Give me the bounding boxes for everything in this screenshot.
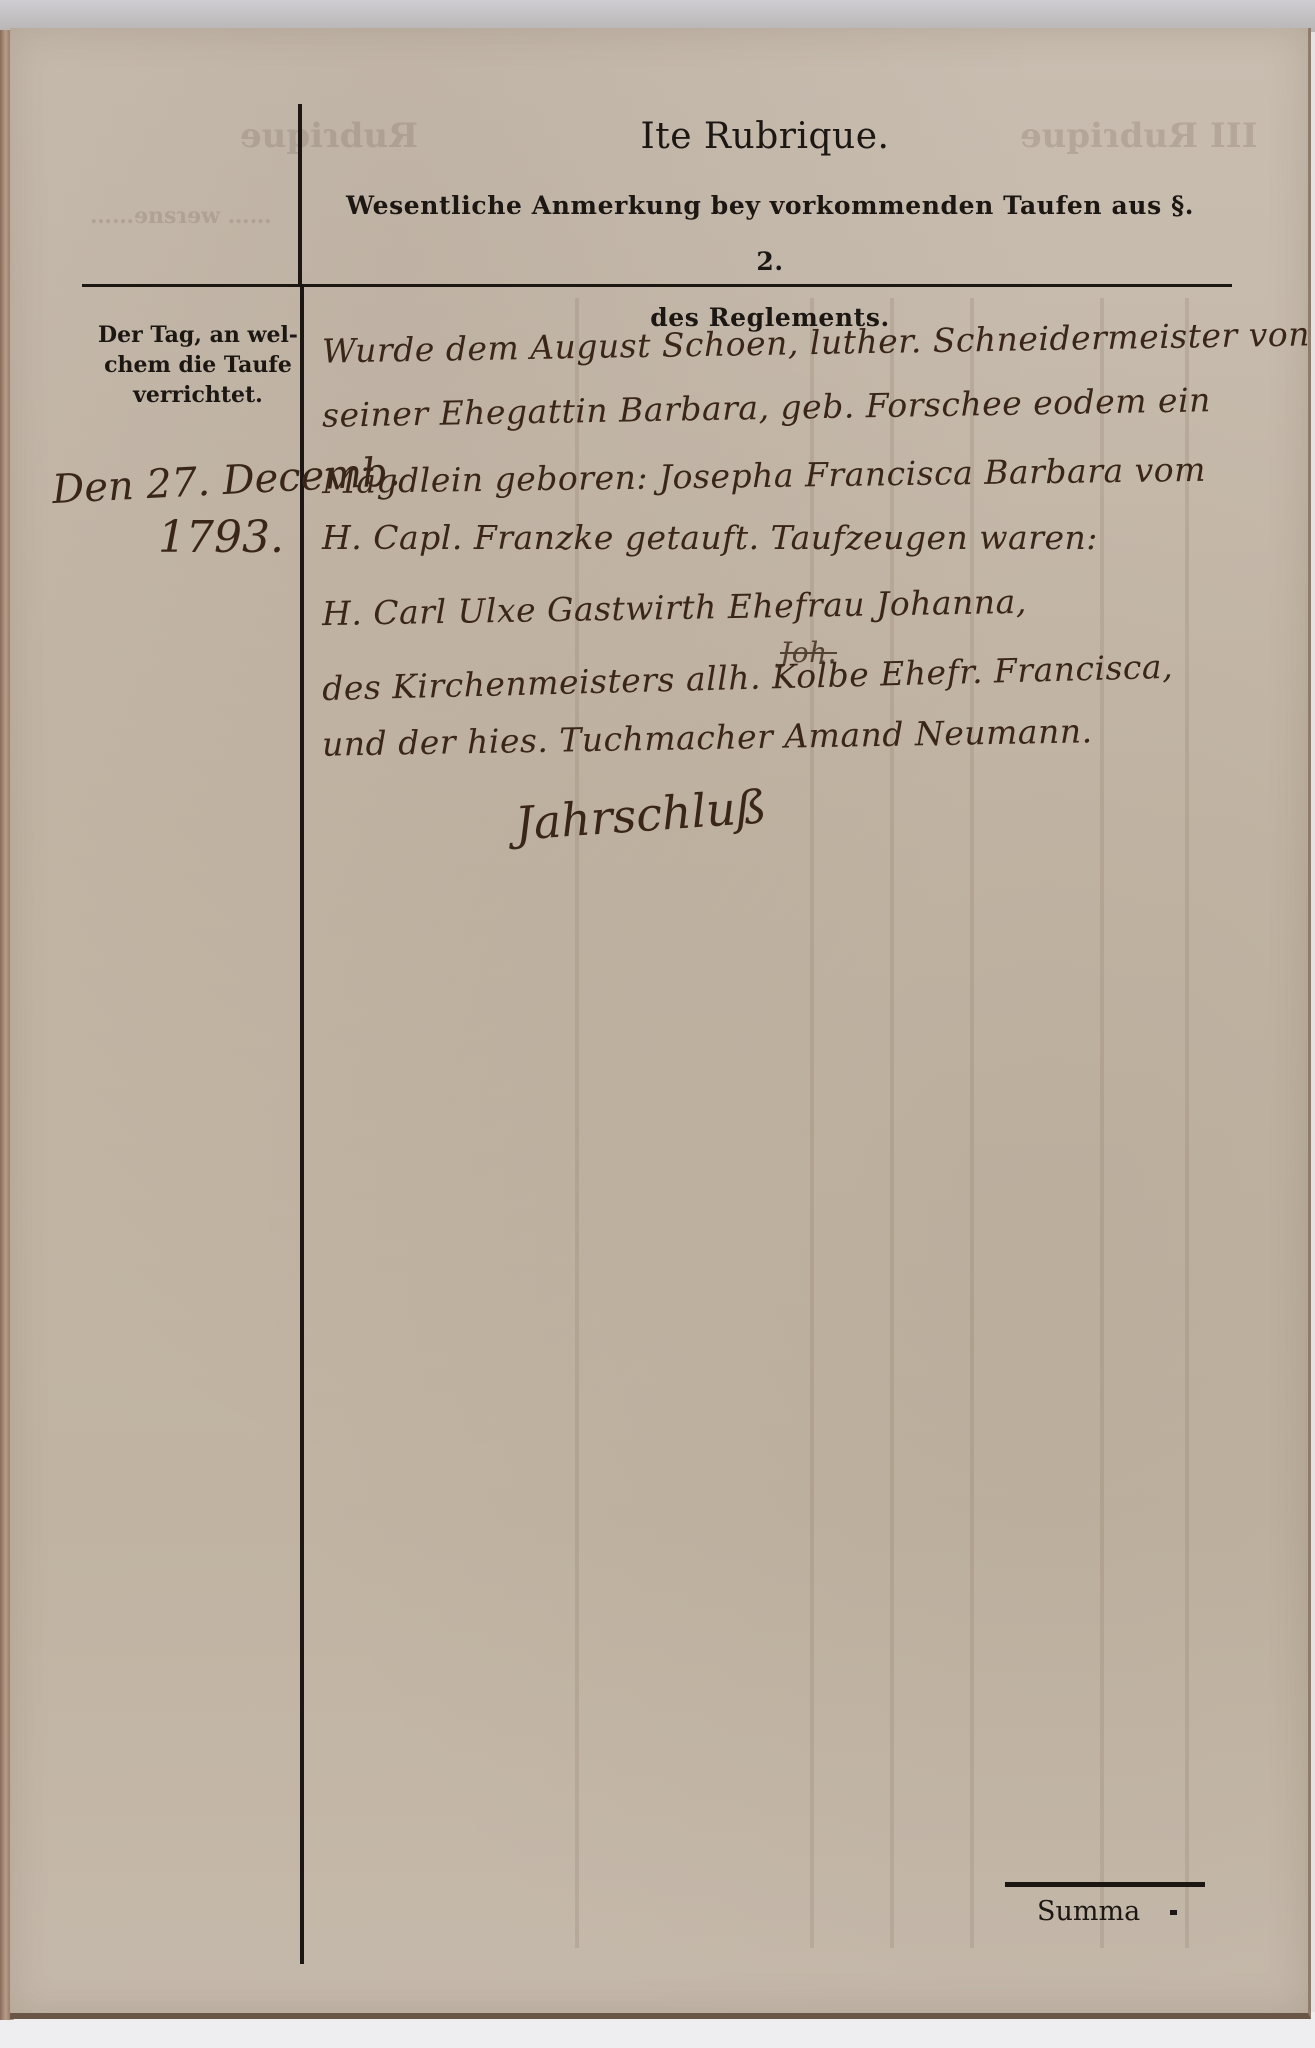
faint-column-rule xyxy=(1185,298,1189,1948)
bleed-through-text: ……ɘnsɿɘw …… xyxy=(90,203,272,229)
rubric-title: Ite Rubrique. xyxy=(640,116,890,157)
summa-value-mark xyxy=(1170,1910,1177,1915)
entry-line: Mägdlein geboren: Josepha Francisca Barb… xyxy=(322,450,1206,501)
summa-rule xyxy=(1005,1882,1205,1887)
heading-line: chem die Taufe xyxy=(88,350,308,380)
bleed-through-text: ɘupiɿduЯ xyxy=(240,116,418,156)
register-page: ɘupiɿduЯ ɘupiɿduЯ III ……ɘnsɿɘw …… Ite Ru… xyxy=(10,28,1311,2019)
entry-line: seiner Ehegattin Barbara, geb. Forschee … xyxy=(322,380,1211,435)
bleed-through-text: ɘupiɿduЯ III xyxy=(1020,116,1258,156)
entry-line: H. Capl. Franzke getauft. Taufzeugen war… xyxy=(322,518,1098,557)
summa-label: Summa xyxy=(1037,1896,1140,1927)
column-divider xyxy=(300,286,304,1964)
date-column-heading: Der Tag, an wel- chem die Taufe verricht… xyxy=(88,320,308,410)
entry-line: des Kirchenmeisters allh. Kolbe Ehefr. F… xyxy=(322,647,1174,708)
year-end-note: Jahrschluß xyxy=(513,779,768,850)
heading-line: Der Tag, an wel- xyxy=(88,320,308,350)
entry-line: und der hies. Tuchmacher Amand Neumann. xyxy=(322,711,1093,763)
subtitle-line-1: Wesentliche Anmerkung bey vorkommenden T… xyxy=(340,178,1200,290)
heading-line: verrichtet. xyxy=(88,380,308,410)
struck-word: Joh. xyxy=(780,636,837,669)
faint-column-rule xyxy=(1100,298,1104,1948)
baptism-year: 1793. xyxy=(158,512,284,563)
entry-line: H. Carl Ulxe Gastwirth Ehefrau Johanna, xyxy=(322,582,1027,633)
header-divider xyxy=(298,104,302,286)
